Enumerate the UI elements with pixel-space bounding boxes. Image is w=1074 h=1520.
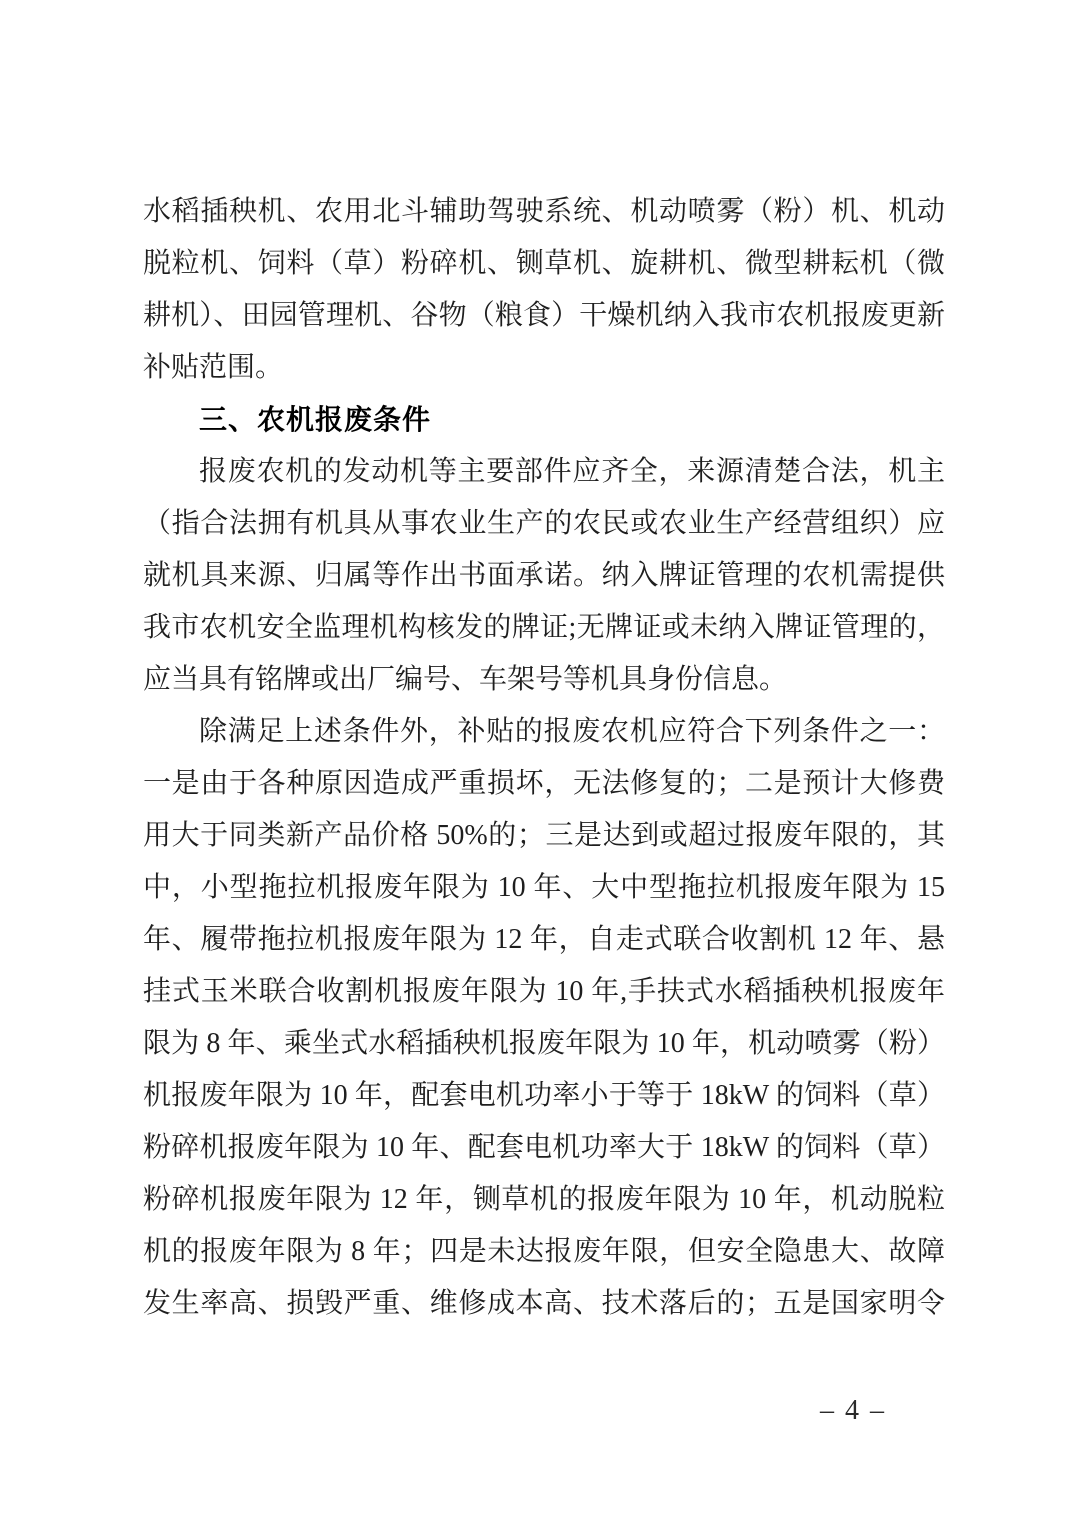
body-line: 应当具有铭牌或出厂编号、车架号等机具身份信息。 xyxy=(143,654,945,706)
body-line: 补贴范围。 xyxy=(143,342,945,394)
body-line: 脱粒机、饲料（草）粉碎机、铡草机、旋耕机、微型耕耘机（微 xyxy=(143,238,945,290)
body-line: 一是由于各种原因造成严重损坏，无法修复的；二是预计大修费 xyxy=(143,758,945,810)
body-line: 挂式玉米联合收割机报废年限为 10 年,手扶式水稻插秧机报废年 xyxy=(143,966,945,1018)
paragraph-continuation: 水稻插秧机、农用北斗辅助驾驶系统、机动喷雾（粉）机、机动 脱粒机、饲料（草）粉碎… xyxy=(143,186,945,394)
body-line: 报废农机的发动机等主要部件应齐全，来源清楚合法，机主 xyxy=(143,446,945,498)
body-line: （指合法拥有机具从事农业生产的农民或农业生产经营组织）应 xyxy=(143,498,945,550)
body-line: 粉碎机报废年限为 10 年、配套电机功率大于 18kW 的饲料（草） xyxy=(143,1122,945,1174)
section-heading: 三、农机报废条件 xyxy=(143,394,945,446)
body-line: 年、履带拖拉机报废年限为 12 年，自走式联合收割机 12 年、悬 xyxy=(143,914,945,966)
body-line: 机报废年限为 10 年，配套电机功率小于等于 18kW 的饲料（草） xyxy=(143,1070,945,1122)
body-line: 发生率高、损毁严重、维修成本高、技术落后的；五是国家明令 xyxy=(143,1278,945,1330)
body-line: 除满足上述条件外，补贴的报废农机应符合下列条件之一： xyxy=(143,706,945,758)
page-content: 水稻插秧机、农用北斗辅助驾驶系统、机动喷雾（粉）机、机动 脱粒机、饲料（草）粉碎… xyxy=(143,186,945,1330)
body-line: 机的报废年限为 8 年；四是未达报废年限，但安全隐患大、故障 xyxy=(143,1226,945,1278)
paragraph-scrap-conditions: 除满足上述条件外，补贴的报废农机应符合下列条件之一： 一是由于各种原因造成严重损… xyxy=(143,706,945,1330)
page-number: – 4 – xyxy=(820,1394,886,1428)
body-line: 耕机）、田园管理机、谷物（粮食）干燥机纳入我市农机报废更新 xyxy=(143,290,945,342)
body-line: 粉碎机报废年限为 12 年，铡草机的报废年限为 10 年，机动脱粒 xyxy=(143,1174,945,1226)
body-line: 中，小型拖拉机报废年限为 10 年、大中型拖拉机报废年限为 15 xyxy=(143,862,945,914)
body-line: 用大于同类新产品价格 50%的；三是达到或超过报废年限的，其 xyxy=(143,810,945,862)
body-line: 就机具来源、归属等作出书面承诺。纳入牌证管理的农机需提供 xyxy=(143,550,945,602)
body-line: 限为 8 年、乘坐式水稻插秧机报废年限为 10 年，机动喷雾（粉） xyxy=(143,1018,945,1070)
document-page: 水稻插秧机、农用北斗辅助驾驶系统、机动喷雾（粉）机、机动 脱粒机、饲料（草）粉碎… xyxy=(0,0,1074,1520)
body-line: 我市农机安全监理机构核发的牌证;无牌证或未纳入牌证管理的， xyxy=(143,602,945,654)
paragraph-scrap-requirements: 报废农机的发动机等主要部件应齐全，来源清楚合法，机主 （指合法拥有机具从事农业生… xyxy=(143,446,945,706)
body-line: 水稻插秧机、农用北斗辅助驾驶系统、机动喷雾（粉）机、机动 xyxy=(143,186,945,238)
